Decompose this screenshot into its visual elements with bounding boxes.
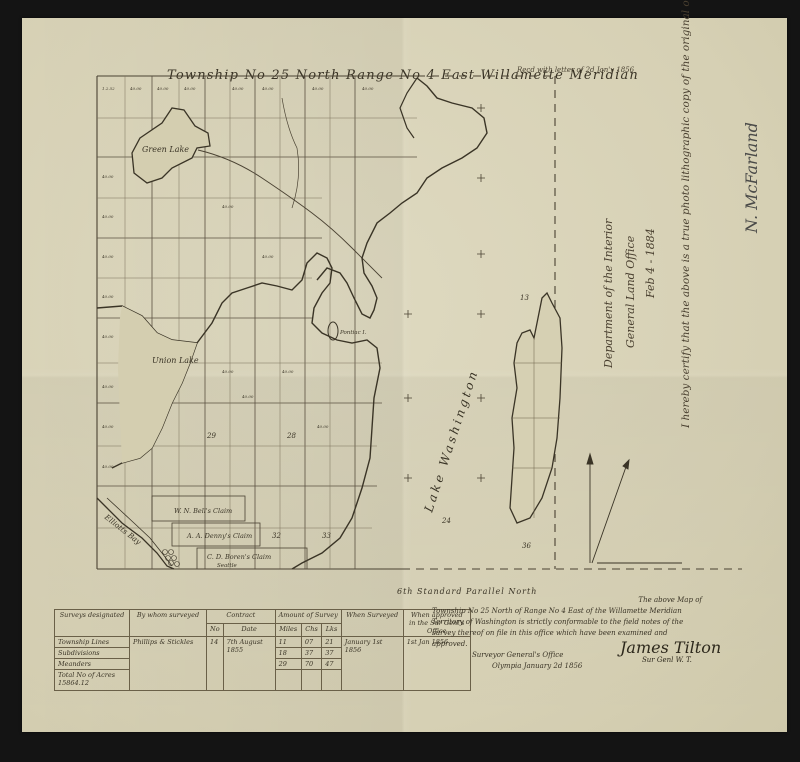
survey-plat-sheet: Township No 25 North Range No 4 East Wil… [22, 18, 787, 732]
col-amount: Amount of Survey [275, 610, 341, 624]
svg-text:40.00: 40.00 [101, 424, 114, 429]
gov-cert-statement: I hereby certify that the above is a tru… [680, 68, 692, 428]
svg-text:40.00: 40.00 [221, 204, 234, 209]
svg-text:13: 13 [520, 294, 529, 302]
svg-text:40.00: 40.00 [101, 464, 114, 469]
label-elliotts-bay: Elliotts Bay [102, 512, 143, 547]
svg-text:40.00: 40.00 [183, 86, 196, 91]
cert-intro: The above Map of [432, 595, 702, 606]
label-lake-washington: Lake Washington [421, 367, 481, 515]
svg-text:40.00: 40.00 [101, 294, 114, 299]
survey-record-table: Surveys designated By whom surveyed Cont… [54, 609, 471, 691]
svg-text:36: 36 [522, 542, 531, 550]
svg-text:33: 33 [322, 532, 331, 540]
svg-text:29: 29 [206, 432, 216, 440]
gov-cert-line2: General Land Office [624, 236, 637, 348]
svg-text:40.00: 40.00 [101, 384, 114, 389]
col-when-surveyed: When Surveyed [341, 610, 403, 637]
svg-text:40.00: 40.00 [261, 86, 274, 91]
svg-text:40.00: 40.00 [101, 334, 114, 339]
svg-text:40.00: 40.00 [316, 424, 329, 429]
svg-text:24: 24 [441, 517, 451, 525]
col-mi: Miles [275, 623, 301, 637]
svg-text:40.00: 40.00 [129, 86, 142, 91]
island-outline [510, 293, 562, 523]
svg-text:40.00: 40.00 [101, 214, 114, 219]
label-green-lake: Green Lake [142, 145, 189, 154]
col-contract-no: No [207, 623, 224, 637]
svg-text:40.00: 40.00 [361, 86, 374, 91]
table-row: Township Lines Phillips & Stickles 14 7t… [55, 637, 471, 648]
surveyor-general-signature: James Tilton [620, 638, 721, 657]
col-lk: Lks [322, 623, 342, 637]
gov-cert-line3: Feb 4 - 1884 [644, 228, 657, 298]
label-seattle: Seattle [217, 563, 237, 569]
col-ch: Chs [301, 623, 321, 637]
svg-text:C. D. Boren's Claim: C. D. Boren's Claim [207, 553, 271, 561]
svg-text:40.00: 40.00 [311, 86, 324, 91]
svg-text:40.00: 40.00 [241, 394, 254, 399]
label-union: Union Lake [152, 356, 199, 365]
col-contract: Contract [207, 610, 276, 624]
svg-text:A. A. Denny's Claim: A. A. Denny's Claim [186, 532, 252, 540]
col-surveyor: By whom surveyed [130, 610, 207, 637]
svg-text:28: 28 [286, 432, 296, 440]
col-designation: Surveys designated [55, 610, 130, 637]
svg-text:32: 32 [272, 532, 281, 540]
surveyor-general-title: Sur Genl W. T. [642, 656, 692, 664]
svg-text:40.00: 40.00 [101, 254, 114, 259]
label-pontiac: Pontiac I. [339, 330, 367, 336]
gov-cert-line1: Department of the Interior [602, 219, 615, 368]
svg-text:40.00: 40.00 [101, 174, 114, 179]
svg-text:40.00: 40.00 [261, 254, 274, 259]
svg-text:W. N. Bell's Claim: W. N. Bell's Claim [174, 507, 232, 515]
svg-text:1.2.52: 1.2.52 [102, 86, 115, 91]
svg-text:40.00: 40.00 [221, 369, 234, 374]
svg-text:40.00: 40.00 [231, 86, 244, 91]
svg-text:40.00: 40.00 [156, 86, 169, 91]
gov-cert-signature: N. McFarland [742, 122, 761, 233]
col-contract-date: Date [223, 623, 275, 637]
svg-text:40.00: 40.00 [281, 369, 294, 374]
